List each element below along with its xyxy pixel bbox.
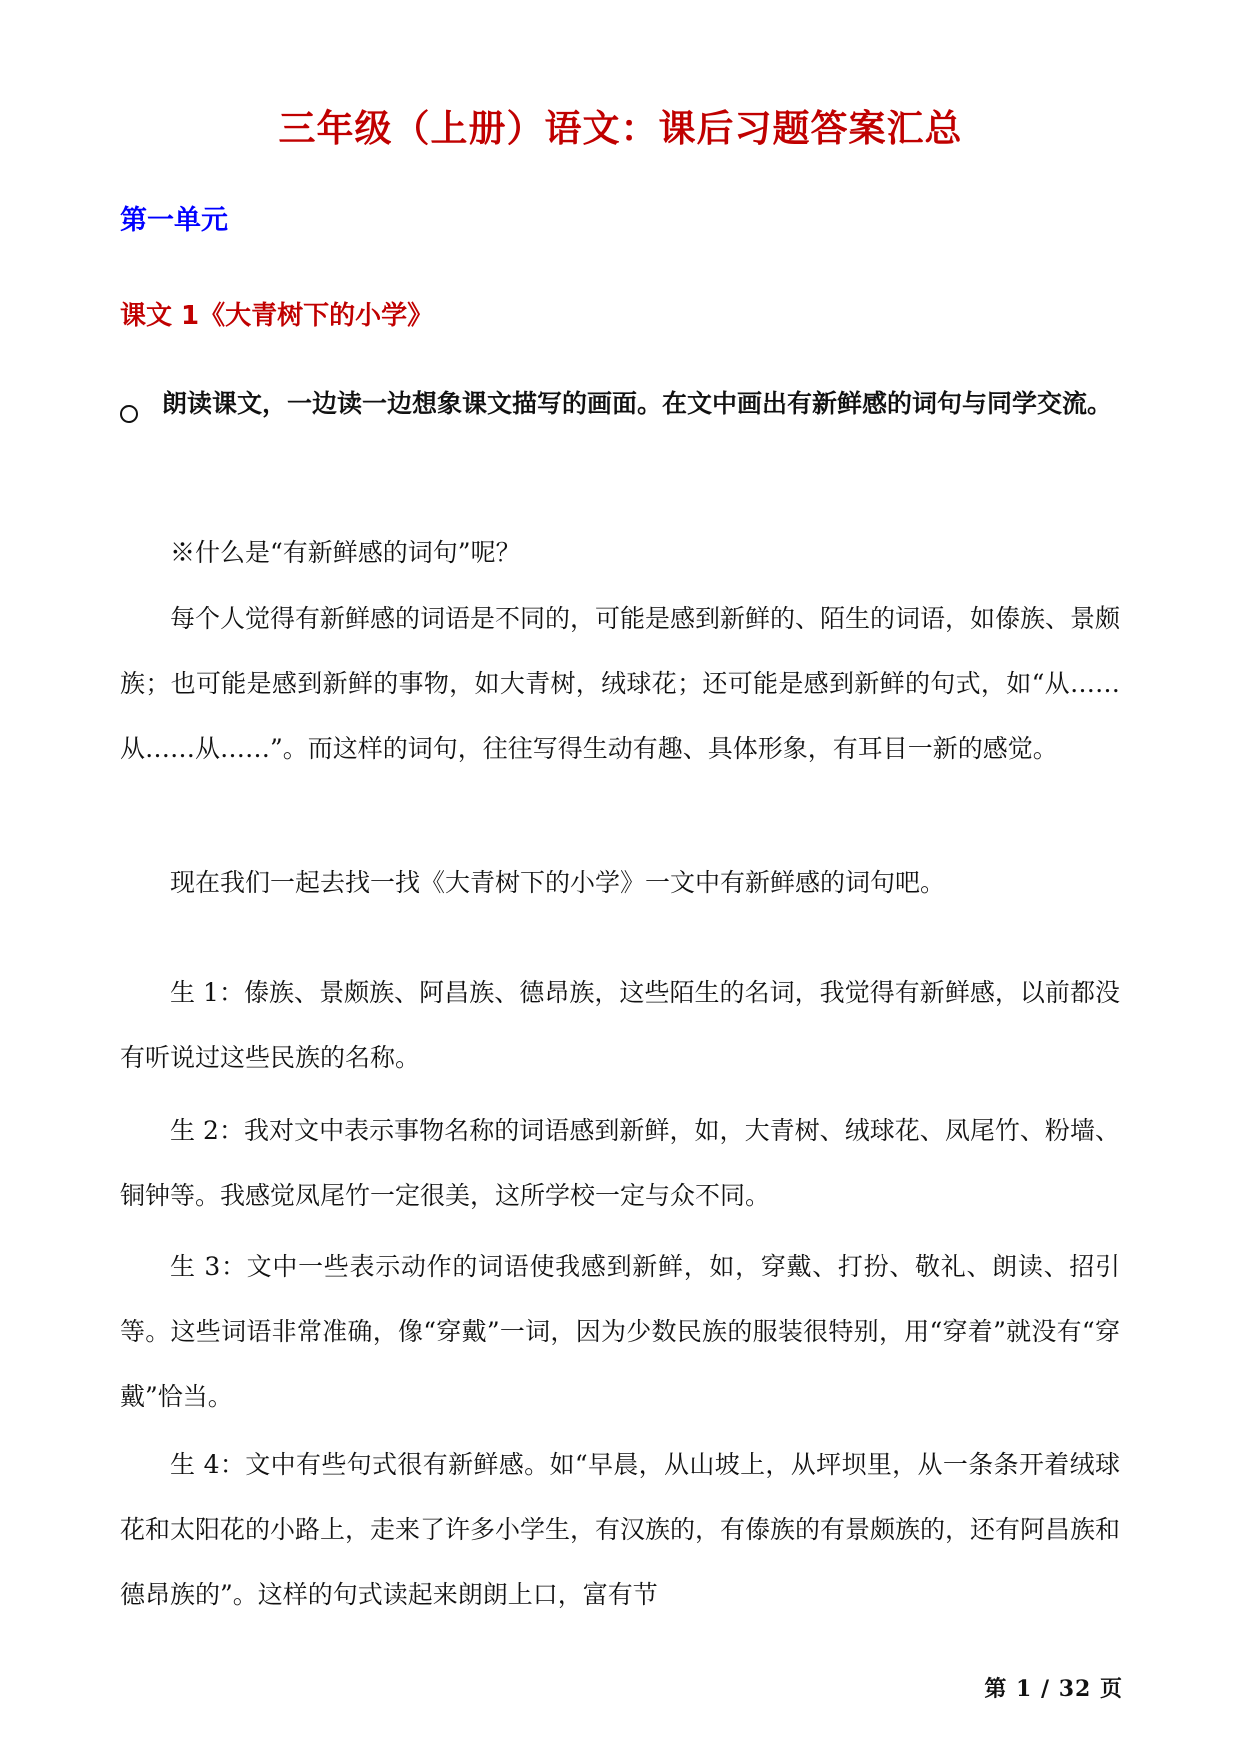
note-paragraph: ※什么是“有新鲜感的词句”呢？ [120,520,1120,585]
student-2-paragraph: 生 2：我对文中表示事物名称的词语感到新鲜，如，大青树、绒球花、凤尾竹、粉墙、铜… [120,1098,1120,1228]
document-title: 三年级（上册）语文：课后习题答案汇总 [0,98,1241,152]
student-1-text: 生 1：傣族、景颇族、阿昌族、德昂族，这些陌生的名词，我觉得有新鲜感，以前都没有… [120,960,1120,1090]
lesson-heading: 课文 1《大青树下的小学》 [120,295,433,332]
student-2-text: 生 2：我对文中表示事物名称的词语感到新鲜，如，大青树、绒球花、凤尾竹、粉墙、铜… [120,1098,1120,1228]
page-number: 第 1 / 32 页 [984,1672,1123,1703]
hollow-circle-bullet-icon [120,405,138,423]
student-1-paragraph: 生 1：傣族、景颇族、阿昌族、德昂族，这些陌生的名词，我觉得有新鲜感，以前都没有… [120,960,1120,1090]
explanation-paragraph: 每个人觉得有新鲜感的词语是不同的，可能是感到新鲜的、陌生的词语，如傣族、景颇族；… [120,586,1120,781]
intro-paragraph: 现在我们一起去找一找《大青树下的小学》一文中有新鲜感的词句吧。 [120,850,1120,915]
intro-text: 现在我们一起去找一找《大青树下的小学》一文中有新鲜感的词句吧。 [120,850,1120,915]
student-3-text: 生 3：文中一些表示动作的词语使我感到新鲜，如，穿戴、打扮、敬礼、朗读、招引等。… [120,1234,1120,1429]
student-3-paragraph: 生 3：文中一些表示动作的词语使我感到新鲜，如，穿戴、打扮、敬礼、朗读、招引等。… [120,1234,1120,1429]
unit-heading: 第一单元 [120,198,228,237]
student-4-paragraph: 生 4：文中有些句式很有新鲜感。如“早晨，从山坡上，从坪坝里，从一条条开着绒球花… [120,1432,1120,1627]
question-text: 朗读课文，一边读一边想象课文描写的画面。在文中画出有新鲜感的词句与同学交流。 [120,371,1130,437]
document-page: 三年级（上册）语文：课后习题答案汇总 第一单元 课文 1《大青树下的小学》 朗读… [0,0,1241,1754]
exercise-question: 朗读课文，一边读一边想象课文描写的画面。在文中画出有新鲜感的词句与同学交流。 [120,386,1130,437]
explanation-text: 每个人觉得有新鲜感的词语是不同的，可能是感到新鲜的、陌生的词语，如傣族、景颇族；… [120,586,1120,781]
note-text: ※什么是“有新鲜感的词句”呢？ [120,520,1120,585]
student-4-text: 生 4：文中有些句式很有新鲜感。如“早晨，从山坡上，从坪坝里，从一条条开着绒球花… [120,1432,1120,1627]
